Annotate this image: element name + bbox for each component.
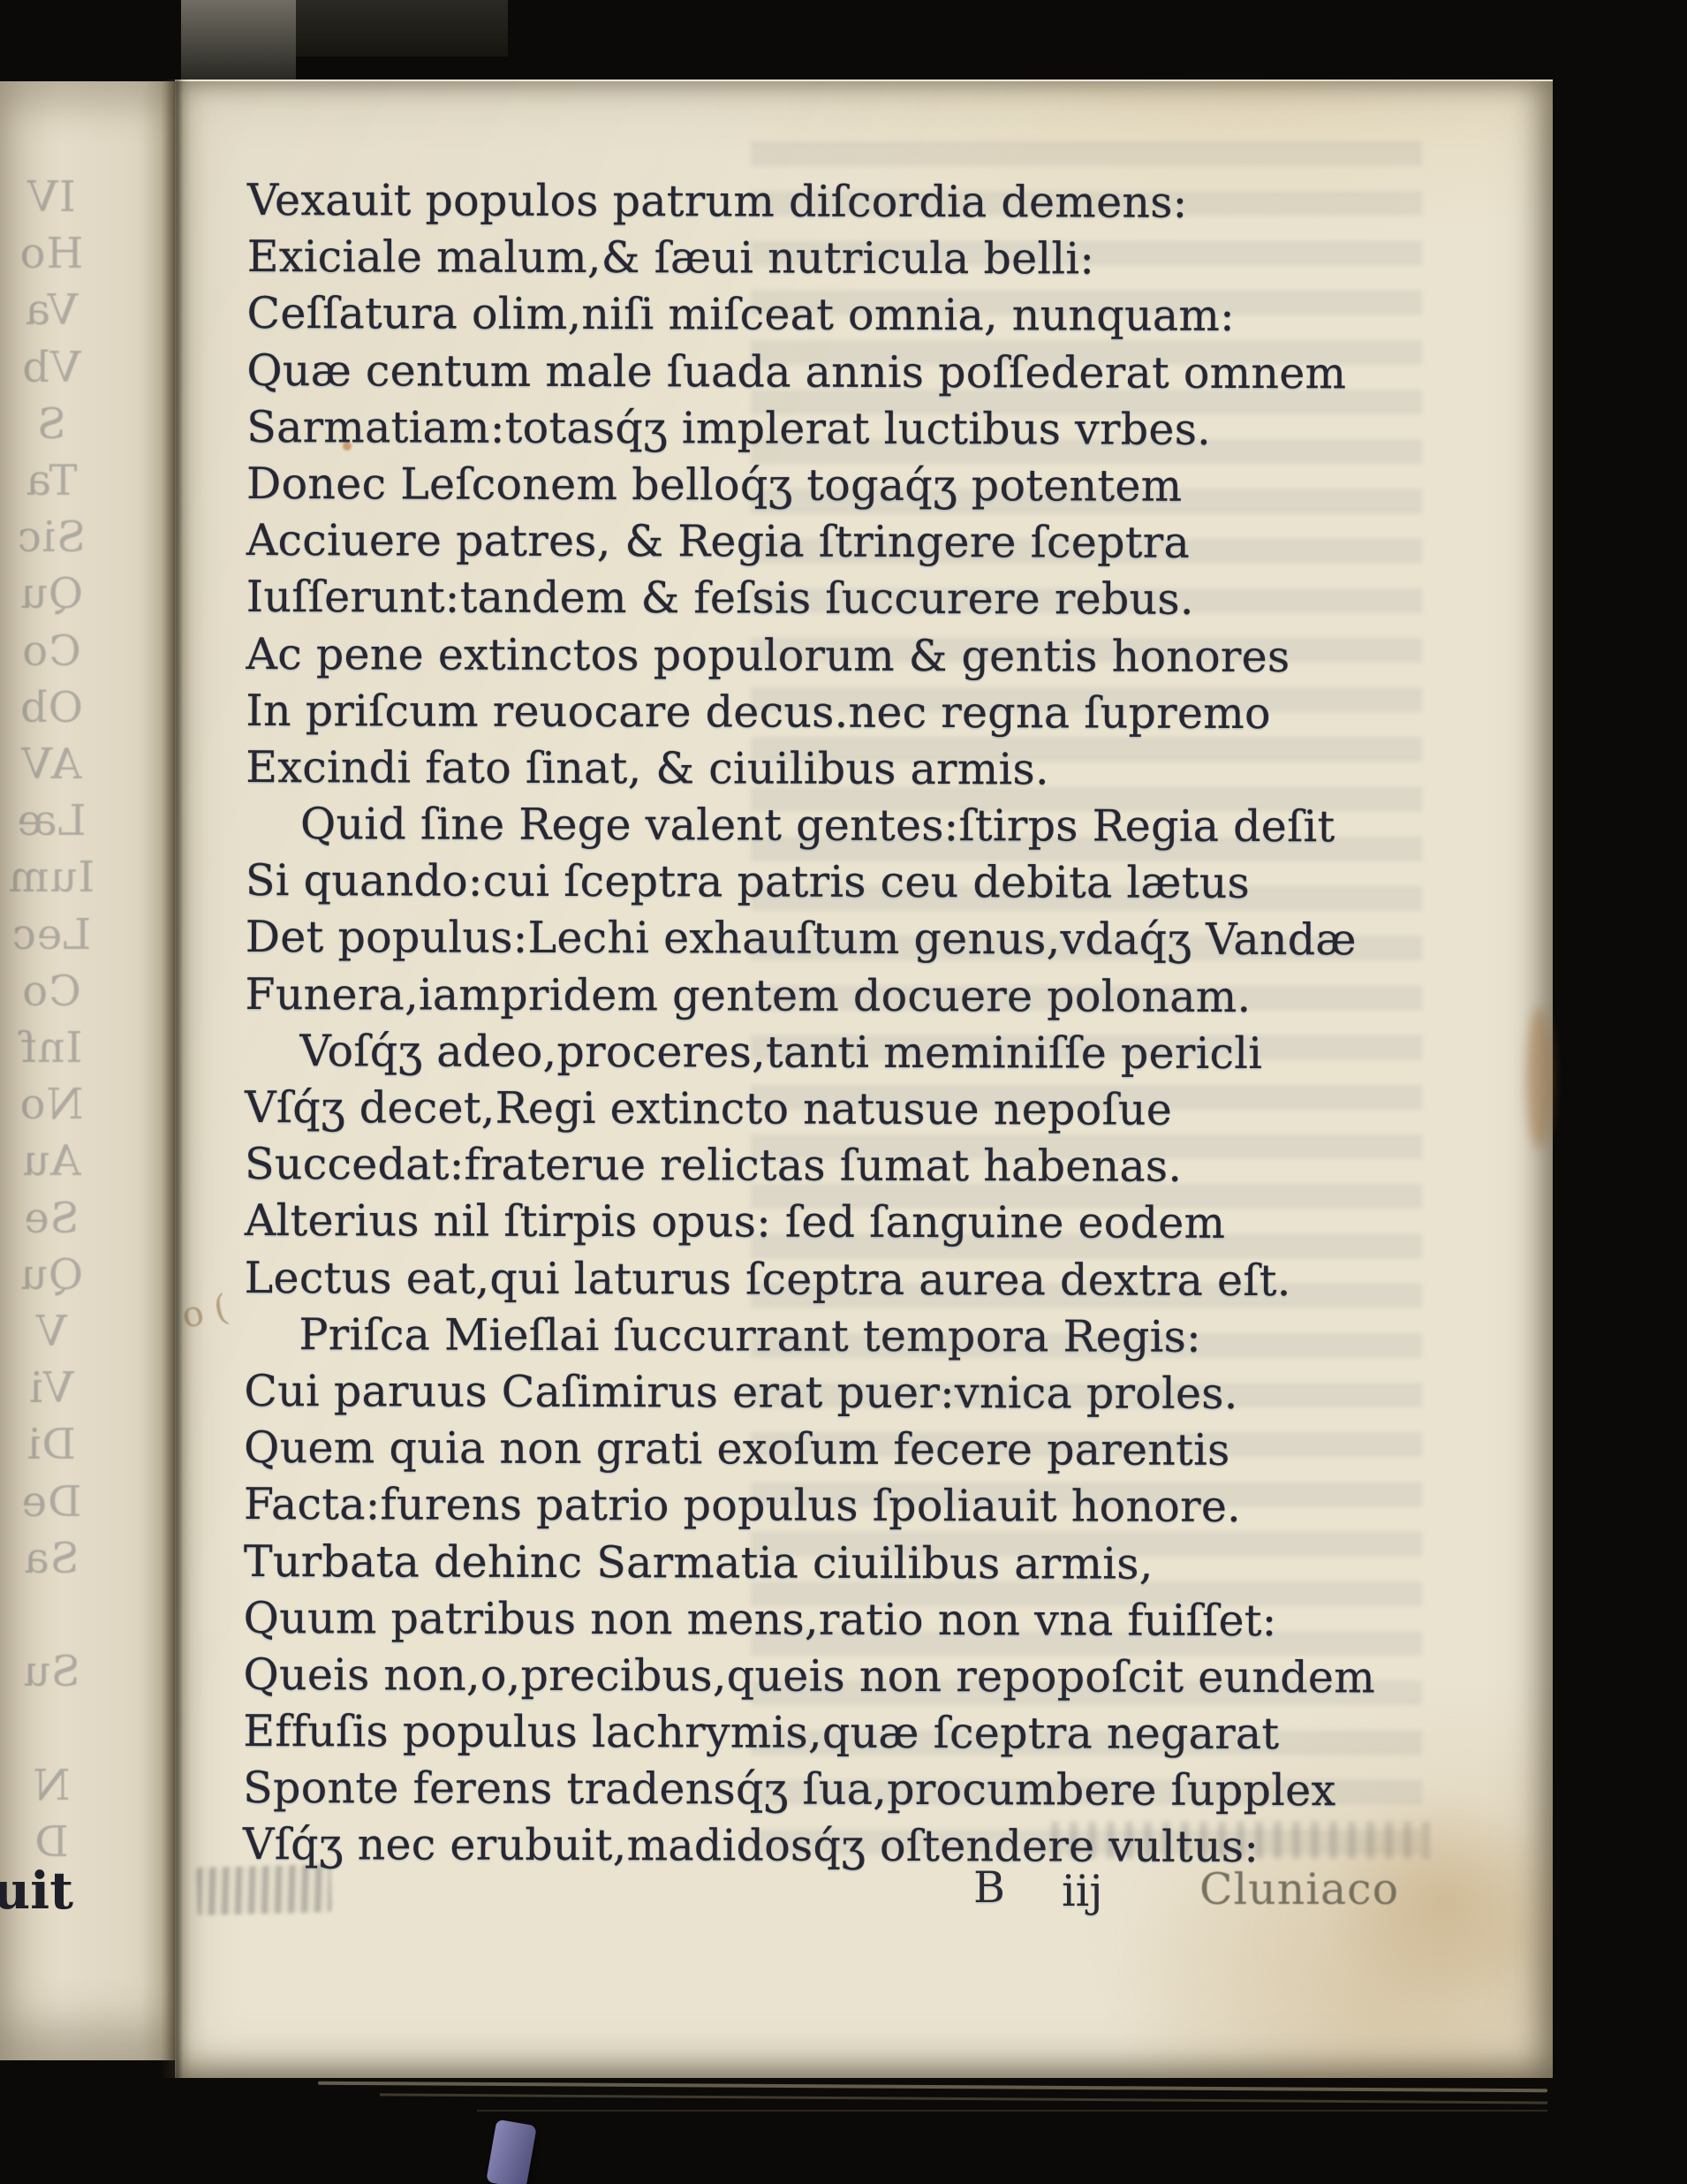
poem-line: Donec Leſconem belloq́ʒ togaq́ʒ potentem	[246, 456, 1421, 516]
poem-line: Acciuere patres, & Regia ſtringere ſcept…	[246, 512, 1421, 573]
margin-ghost-text: Qu	[0, 1250, 102, 1300]
margin-ghost-text: V	[0, 1307, 102, 1356]
margin-ghost-text: Su	[0, 1647, 102, 1696]
poem-line: Quem quia non grati exoſum fecere parent…	[244, 1420, 1418, 1480]
margin-ghost-text: Co	[0, 626, 102, 676]
margin-ghost-text: Di	[0, 1420, 102, 1469]
poem-line: Vexauit populos patrum diſcordia demens:	[247, 172, 1422, 232]
offset-ink-fragment: uit	[0, 1861, 73, 1921]
margin-ghost-text: Lec	[0, 910, 102, 959]
poem-line: Ac pene extinctos populorum & gentis hon…	[246, 626, 1420, 686]
poem-line: Iuſſerunt:tandem & feſsis ſuccurere rebu…	[246, 569, 1421, 629]
margin-ghost-text: Ho	[0, 229, 102, 278]
catchword: Cluniaco	[1199, 1864, 1399, 1915]
poem-line: Effuſis populus lachrymis,quæ ſceptra ne…	[243, 1703, 1418, 1763]
poem-line: Quid ſine Rege valent gentes:ſtirps Regi…	[246, 796, 1420, 856]
poem-line: Si quando:cui ſceptra patris ceu debita …	[246, 853, 1420, 913]
signature-letter: B	[973, 1862, 1005, 1913]
poem-line: Priſca Mieſlai ſuccurrant tempora Regis:	[244, 1307, 1418, 1367]
margin-ghost-text: Vb	[0, 343, 102, 392]
poem-line: Vſq́ʒ decet,Regi extincto natusue nepoſu…	[245, 1080, 1419, 1140]
binding-shadow	[296, 0, 508, 57]
margin-ghost-text: Vi	[0, 1363, 102, 1413]
margin-ghost-text: Ob	[0, 683, 102, 732]
poem-line: Quæ centum male ſuada annis poſſederat o…	[246, 343, 1421, 403]
poem-line: Sponte ferens tradensq́ʒ ſua,procumbere …	[243, 1760, 1418, 1820]
poem-line: Funera,iampridem gentem docuere polonam.	[245, 967, 1419, 1027]
poem-line: Queis non,o,precibus,queis non repopoſci…	[243, 1647, 1418, 1707]
poem-line: Det populus:Lechi exhauſtum genus,vdaq́ʒ…	[246, 909, 1420, 969]
margin-ghost-text: IV	[0, 172, 102, 222]
poem-line: Quum patribus non mens,ratio non vna fui…	[244, 1590, 1418, 1650]
book-scan: IVHoVaVbSTaSicQuCoObAVLæIumLecCoInfNoAuS…	[0, 0, 1687, 2184]
poem-line: Facta:furens patrio populus ſpoliauit ho…	[244, 1476, 1418, 1536]
margin-ghost-text: AV	[0, 739, 102, 789]
fore-edge-line	[380, 2093, 1547, 2104]
fore-edge-line	[318, 2082, 1547, 2093]
margin-ghost-text: Au	[0, 1136, 102, 1186]
margin-ghost-text: Læ	[0, 796, 102, 846]
poem-line: Turbata dehinc Sarmatia ciuilibus armis,	[244, 1533, 1418, 1593]
margin-ghost-text: Ta	[0, 456, 102, 505]
margin-ghost-text: D	[0, 1817, 102, 1867]
signature-numeral: iij	[1062, 1866, 1103, 1916]
poem-line: Exiciale malum,& ſæui nutricula belli:	[247, 229, 1422, 289]
poem-line: Alterius nil ſtirpis opus: ſed ſanguine …	[245, 1193, 1419, 1253]
margin-ghost-text: Co	[0, 967, 102, 1016]
poem-line: Succedat:fraterue relictas ſumat habenas…	[245, 1136, 1419, 1196]
poem-line: In priſcum reuocare decus.nec regna ſupr…	[246, 683, 1420, 743]
margin-ghost-text: Ium	[0, 853, 102, 902]
margin-ghost-text: N	[0, 1761, 102, 1810]
margin-ghost-text: No	[0, 1080, 102, 1129]
poem-text-block: Vexauit populos patrum diſcordia demens:…	[243, 172, 1422, 1877]
margin-ghost-text: De	[0, 1477, 102, 1527]
edge-stain	[1526, 1007, 1553, 1149]
signature-line: B iij Cluniaco	[247, 1862, 1422, 1924]
margin-ghost-text: Se	[0, 1194, 102, 1243]
poem-line: Lectus eat,qui laturus ſceptra aurea dex…	[245, 1250, 1419, 1310]
poem-line: Ceſſatura olim,niſi miſceat omnia, nunqu…	[246, 285, 1421, 345]
margin-ghost-text: Sa	[0, 1534, 102, 1583]
poem-line: Cui paruus Caſimirus erat puer:vnica pro…	[244, 1363, 1418, 1423]
fore-edge-line	[477, 2110, 1547, 2112]
poem-line: Sarmatiam:totasq́ʒ implerat luctibus vrb…	[246, 399, 1421, 459]
margin-ghost-text: Va	[0, 285, 102, 335]
margin-ghost-text: S	[0, 399, 102, 449]
margin-ghost-text: Sic	[0, 512, 102, 562]
margin-ghost-text: Qu	[0, 569, 102, 618]
bookmark-thread	[486, 2120, 537, 2184]
poem-line: Voſq́ʒ adeo,proceres,tanti meminiſſe per…	[245, 1023, 1419, 1083]
gutter-shadow	[161, 80, 191, 2078]
binding-clamp	[181, 0, 296, 85]
margin-ghost-text: Inf	[0, 1023, 102, 1073]
previous-page-edge: IVHoVaVbSTaSicQuCoObAVLæIumLecCoInfNoAuS…	[0, 81, 177, 2060]
poem-line: Excindi fato ſinat, & ciuilibus armis.	[246, 739, 1420, 800]
